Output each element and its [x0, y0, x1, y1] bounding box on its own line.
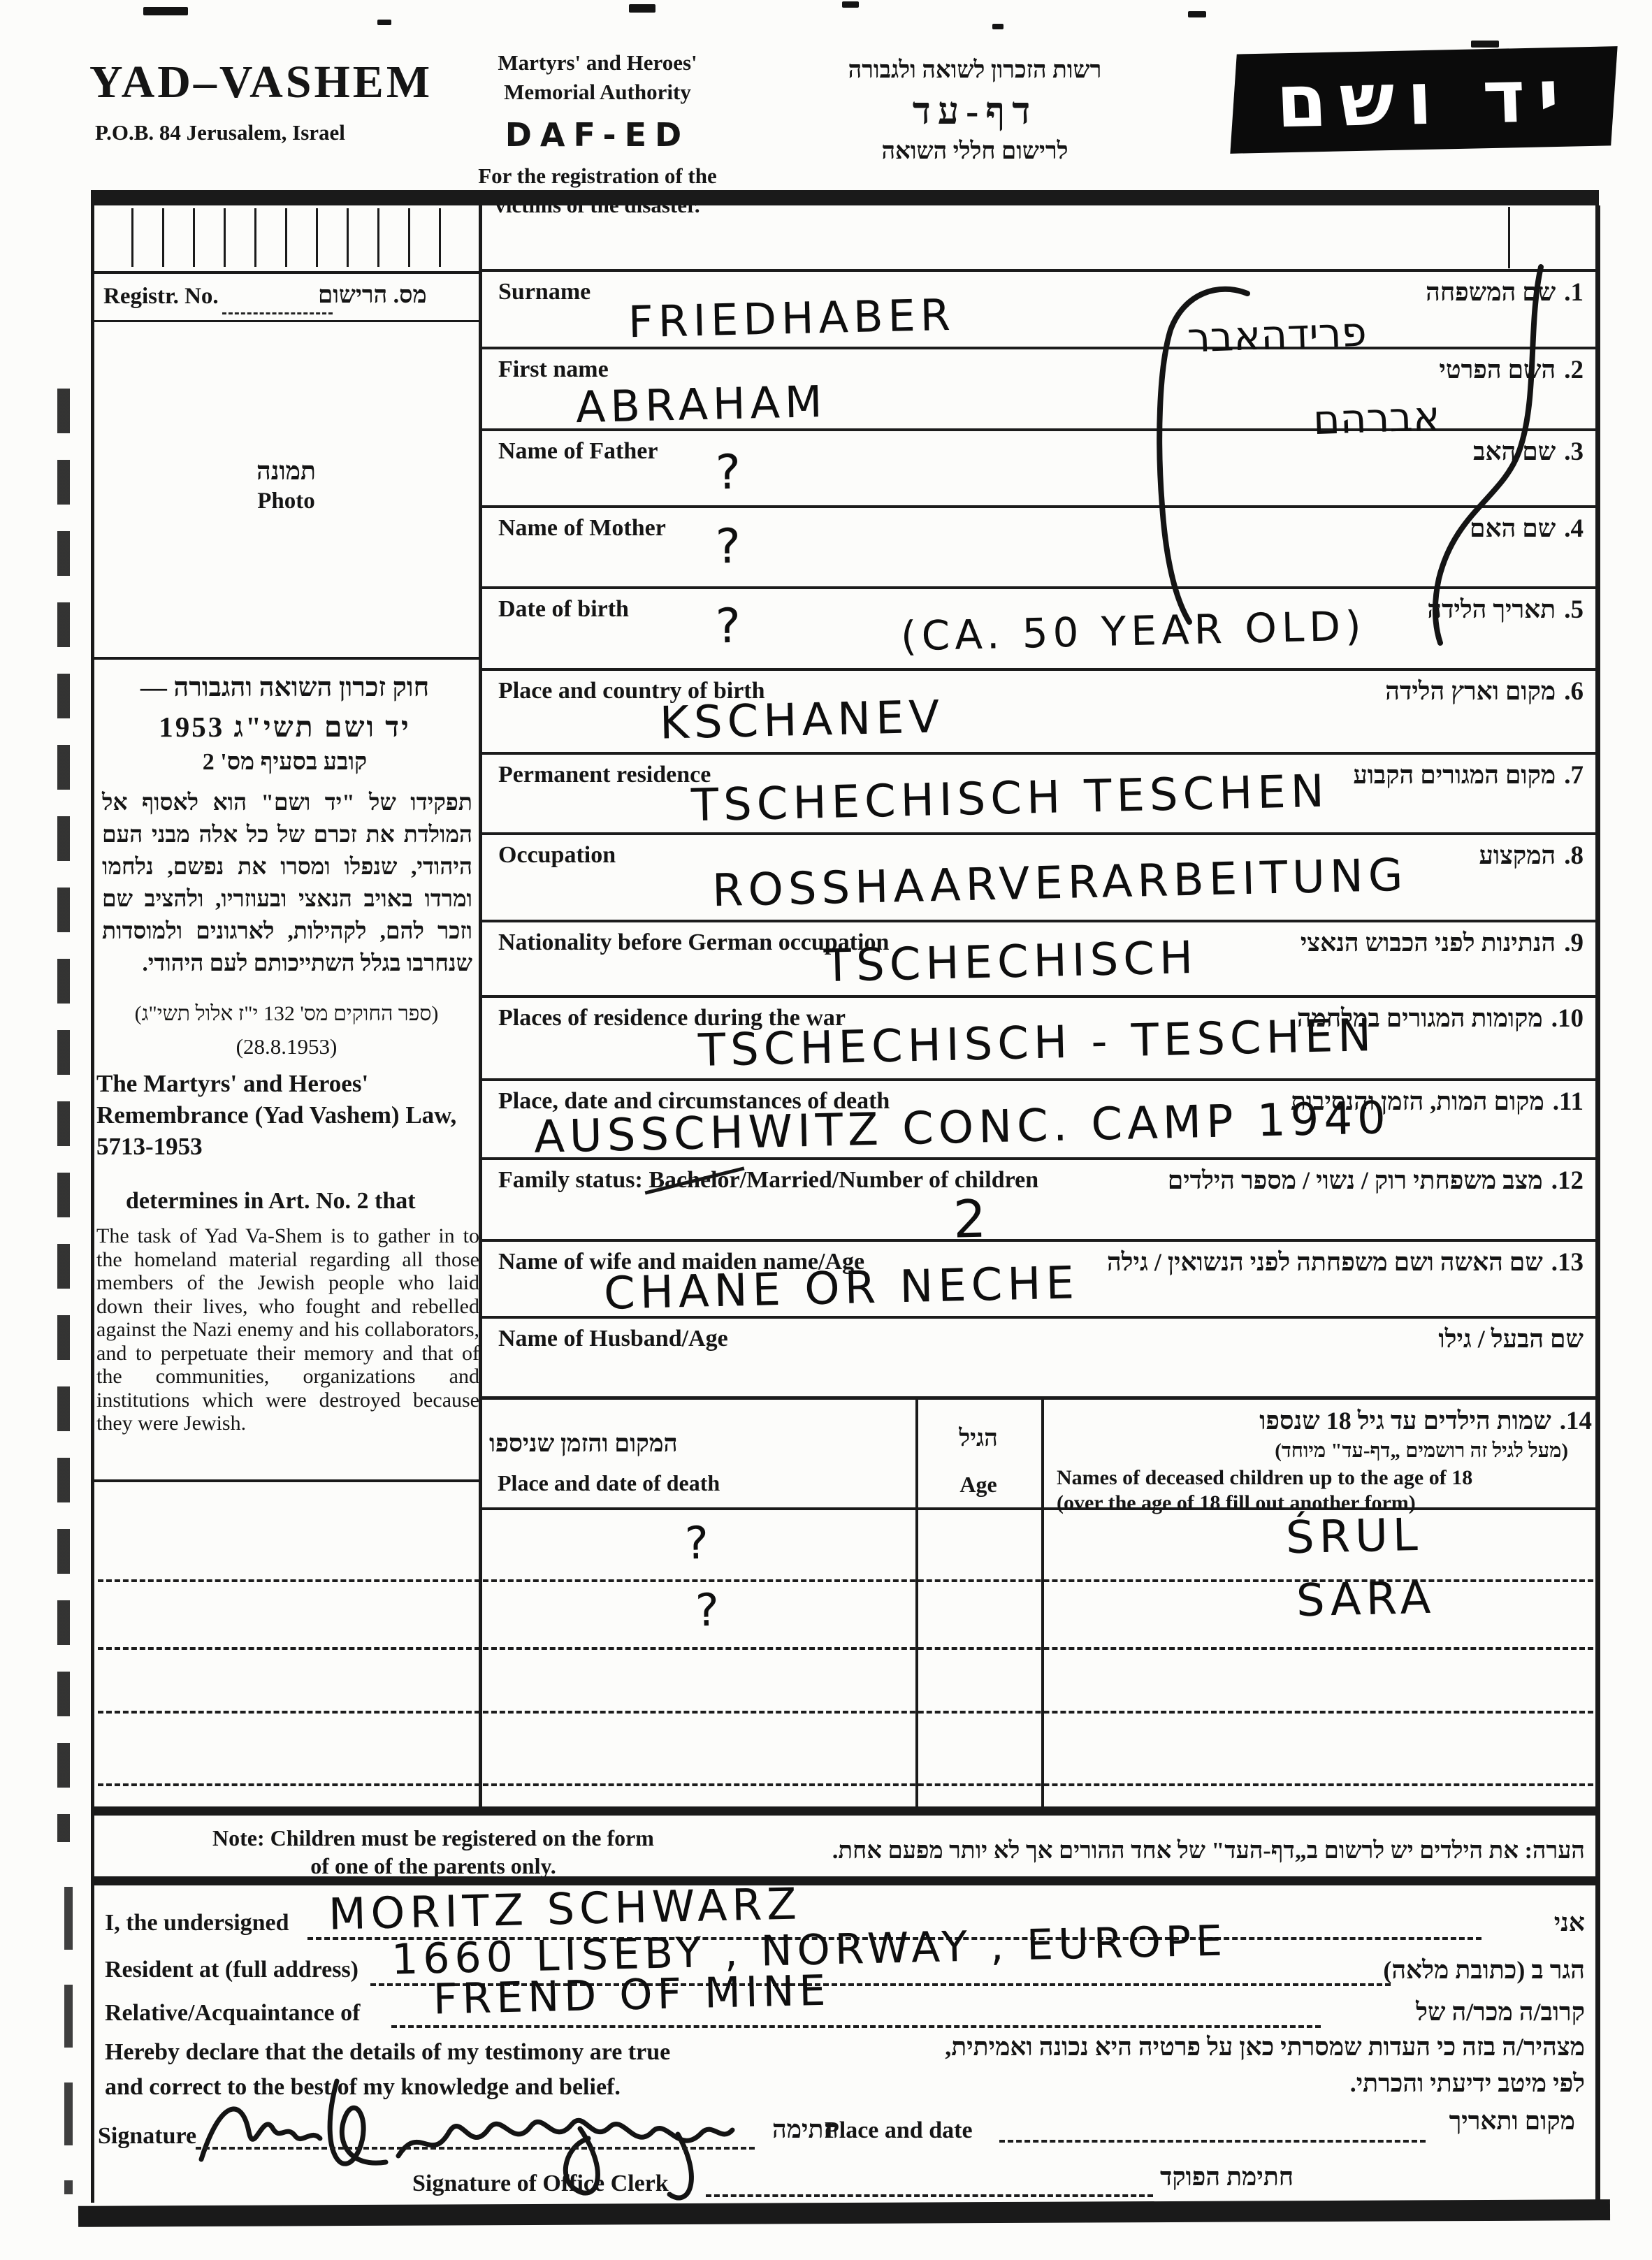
field-label-en: Name of Mother — [498, 515, 666, 542]
surname-bracket-strokes — [1090, 260, 1579, 655]
registration-label-he: מס. הרישום — [318, 282, 468, 309]
org-address: P.O.B. 84 Jerusalem, Israel — [95, 120, 345, 145]
husband-label-en: Name of Husband/Age — [498, 1326, 728, 1352]
photo-box-bottom — [94, 657, 479, 660]
child-1-place-value: ? — [684, 1518, 714, 1570]
field-label-en: Permanent residence — [498, 762, 711, 788]
field-row-family-status: Family status: Bachelor/Married/Number o… — [481, 1160, 1596, 1242]
law-reference: (ספר החוקים מס' 132 י"ז אלול תשי"ג) — [98, 1002, 475, 1026]
table-col-age-header-en: Age — [918, 1472, 1038, 1498]
field-number: .13 — [1551, 1247, 1584, 1277]
permanent-residence-value: TSCHECHISCH TESCHEN — [690, 766, 1329, 832]
clerk-signature-line — [706, 2194, 1153, 2197]
table-col-place-header-en: Place and date of death — [498, 1470, 720, 1496]
form-name: DAF-ED — [426, 116, 769, 154]
undersigned-label-he: אני — [1554, 1908, 1585, 1937]
children-subtitle-he: (מעל לגיל זה רושמים „דף-עד" מיוחד) — [1275, 1440, 1568, 1463]
note-text-en-line2: of one of the parents only. — [119, 1853, 748, 1879]
authority-name-line2: Memorial Authority — [426, 80, 769, 105]
clerk-signature-label-en: Signature of Office Clerk — [412, 2171, 669, 2197]
registration-label-en: Registr. No. — [103, 284, 219, 310]
photo-label-en: Photo — [94, 488, 479, 514]
law-title-english: The Martyrs' and Heroes' Remembrance (Ya… — [96, 1068, 479, 1162]
law-body-english: The task of Yad Va-Shem is to gather in … — [96, 1224, 479, 1435]
scan-speck — [992, 24, 1003, 29]
registration-box-line — [94, 271, 479, 274]
field-label-he: מקום המגורים הקבוע — [1353, 760, 1556, 790]
law-intro-english: determines in Art. No. 2 that — [126, 1188, 479, 1215]
field-row-birthplace: Place and country of birth מקום וארץ הלי… — [481, 671, 1596, 755]
form-name-he: דף-עד — [779, 89, 1171, 133]
law-title-line3: קובע בסעיף מס' 2 — [105, 749, 465, 776]
field-label-he: המקצוע — [1479, 841, 1556, 870]
declaration-text-he-line1: מצהיר/ה בזה כי העדות שמסרתי כאן על פרטיה… — [945, 2032, 1585, 2062]
field-number: .10 — [1551, 1004, 1584, 1034]
relative-label-he: קרוב/ה מכר/ה של — [1416, 1997, 1585, 2027]
field-number: .8 — [1564, 841, 1584, 871]
field-number: .7 — [1564, 760, 1584, 790]
field-label-en: Date of birth — [498, 596, 629, 623]
authority-name-line1: Martyrs' and Heroes' — [426, 50, 769, 75]
husband-label-he: שם הבעל / גילו — [1438, 1324, 1584, 1354]
top-right-stub-line — [1508, 207, 1510, 268]
table-bottom-thick-line — [91, 1806, 1599, 1816]
children-count-value: 2 — [952, 1189, 992, 1249]
sidebar-bottom-line — [94, 1479, 479, 1482]
relative-line — [391, 2025, 1321, 2028]
place-date-line — [999, 2140, 1426, 2143]
occupation-value: ROSSHAARVERARBEITUNG — [711, 850, 1408, 918]
scan-speck — [143, 7, 188, 15]
field-label-en: First name — [498, 356, 609, 383]
field-number: .6 — [1564, 676, 1584, 707]
field-label-en: Surname — [498, 279, 590, 305]
scan-edge-artifact — [64, 1887, 73, 2194]
resident-label-en: Resident at (full address) — [105, 1957, 358, 1983]
declaration-text-he-line2: לפי מיטב ידיעתי והכרתי. — [1350, 2069, 1585, 2098]
father-value: ? — [715, 445, 746, 501]
yad-vashem-logo: יד ושם — [1230, 46, 1617, 154]
scan-speck — [1471, 41, 1499, 48]
field-label-en: Name of Father — [498, 438, 658, 465]
relative-value: FREND OF MINE — [433, 1966, 831, 2024]
birthplace-value: KSCHANEV — [659, 691, 945, 749]
form-purpose-he: לרישום חללי השואה — [779, 138, 1171, 165]
note-text-en-line1: Note: Children must be registered on the… — [119, 1825, 748, 1851]
surname-value: FRIEDHABER — [628, 289, 955, 348]
nationality-value: TSCHECHISCH — [823, 932, 1198, 992]
field-row-nationality: Nationality before German occupation הנת… — [481, 922, 1596, 998]
table-col-place-header-he: המקום והזמן שניספו — [489, 1430, 900, 1458]
field-row-death: Place, date and circumstances of death מ… — [481, 1081, 1596, 1160]
child-2-place-value: ? — [695, 1585, 725, 1637]
scan-edge-artifact — [57, 389, 70, 1842]
wife-label-he: שם האשה ושם משפחתה לפני הנשואין / גילה — [1107, 1247, 1543, 1277]
field-label-he: הנתינות לפני הכבוש הנאצי — [1300, 928, 1556, 957]
date-of-birth-value: ? — [715, 599, 746, 655]
field-number: .9 — [1564, 928, 1584, 958]
table-column-line-1 — [915, 1400, 918, 1810]
registration-number-line — [222, 312, 333, 314]
children-title-he: שמות הילדים עד גיל 18 שנספו — [1259, 1406, 1551, 1435]
field-row-occupation: Occupation המקצוע.8 ROSSHAARVERARBEITUNG — [481, 835, 1596, 922]
field-number: .12 — [1551, 1166, 1584, 1196]
signature-line — [196, 2147, 755, 2150]
testimony-page-scan: YAD–VASHEM P.O.B. 84 Jerusalem, Israel M… — [0, 0, 1652, 2260]
children-title-en: Names of deceased children up to the age… — [1057, 1466, 1472, 1490]
scan-speck — [377, 20, 391, 25]
family-status-prefix: Family status: — [498, 1167, 649, 1193]
family-status-bachelor-struck: Bachelor — [649, 1167, 739, 1194]
field-number: .11 — [1553, 1087, 1584, 1117]
table-header-bottom-line — [481, 1507, 1596, 1510]
family-status-rest: /Married/Number of children — [740, 1167, 1038, 1193]
field-label-he: מקום וארץ הלידה — [1385, 676, 1556, 706]
field-row-husband: Name of Husband/Age שם הבעל / גילו — [481, 1319, 1596, 1400]
law-title-line1: חוק זכרון השואה והגבורה — — [105, 672, 465, 703]
signature-label-en: Signature — [98, 2123, 196, 2150]
form-right-border — [1595, 205, 1600, 2203]
place-date-label-en: Place and date — [825, 2117, 973, 2144]
law-reference-date: (28.8.1953) — [98, 1034, 475, 1059]
table-row-line — [98, 1647, 1593, 1650]
family-status-label-he: מצב משפחתי רוק / נשוי / מספר הילדים — [1168, 1166, 1543, 1195]
field-row-wife: Name of wife and maiden name/Age שם האשה… — [481, 1242, 1596, 1319]
child-2-name-value: SARA — [1296, 1572, 1436, 1628]
resident-label-he: הגר ב (כתובת מלאה) — [1383, 1955, 1585, 1985]
scan-speck — [1188, 11, 1206, 17]
clerk-signature-label-he: חתימת הפוקד — [1160, 2162, 1294, 2192]
form-top-bar — [91, 190, 1599, 205]
yad-vashem-logo-text: יד ושם — [1232, 46, 1616, 150]
relative-label-en: Relative/Acquaintance of — [105, 2000, 360, 2027]
first-name-value: ABRAHAM — [575, 376, 827, 433]
table-column-line-2 — [1041, 1400, 1044, 1810]
place-date-label-he: מקום ותאריך — [1449, 2106, 1575, 2136]
wife-value: CHANE OR NECHE — [603, 1257, 1080, 1319]
mother-value: ? — [715, 519, 746, 575]
table-names-header-he: שמות הילדים עד גיל 18 שנספו .14 — [1259, 1406, 1592, 1436]
note-text-he: הערה: את הילדים יש לרשום ב„דף-העד" של אח… — [832, 1838, 1585, 1864]
undersigned-label-en: I, the undersigned — [105, 1910, 289, 1936]
field-label-en: Occupation — [498, 842, 616, 869]
photo-box: תמונה Photo — [94, 322, 479, 657]
law-body-hebrew: תפקידו של "יד ושם" הוא לאסוף אל המולדת א… — [102, 787, 472, 980]
children-number: .14 — [1560, 1406, 1592, 1436]
field-row-permanent-residence: Permanent residence מקום המגורים הקבוע.7… — [481, 755, 1596, 835]
authority-name-he: רשות הזכרון לשואה ולגבורה — [779, 57, 1171, 84]
form-purpose-line1: For the registration of the — [426, 164, 769, 189]
org-name: YAD–VASHEM — [89, 56, 433, 109]
child-1-name-value: ŚRUL — [1285, 1509, 1423, 1564]
scan-speck — [629, 4, 655, 13]
header-hebrew-block: רשות הזכרון לשואה ולגבורה דף-עד לרישום ח… — [779, 57, 1171, 165]
field-row-war-residence: Places of residence during the war מקומו… — [481, 998, 1596, 1081]
note-bottom-thick-line — [91, 1876, 1599, 1885]
photo-label-he: תמונה — [94, 456, 479, 486]
table-row-line — [98, 1711, 1593, 1714]
table-row-line — [98, 1783, 1593, 1786]
table-col-age-header-he: הגיל — [918, 1426, 1038, 1452]
law-title-line2: יד ושם תשי"ג 1953 — [105, 710, 465, 744]
scan-speck — [842, 1, 859, 8]
